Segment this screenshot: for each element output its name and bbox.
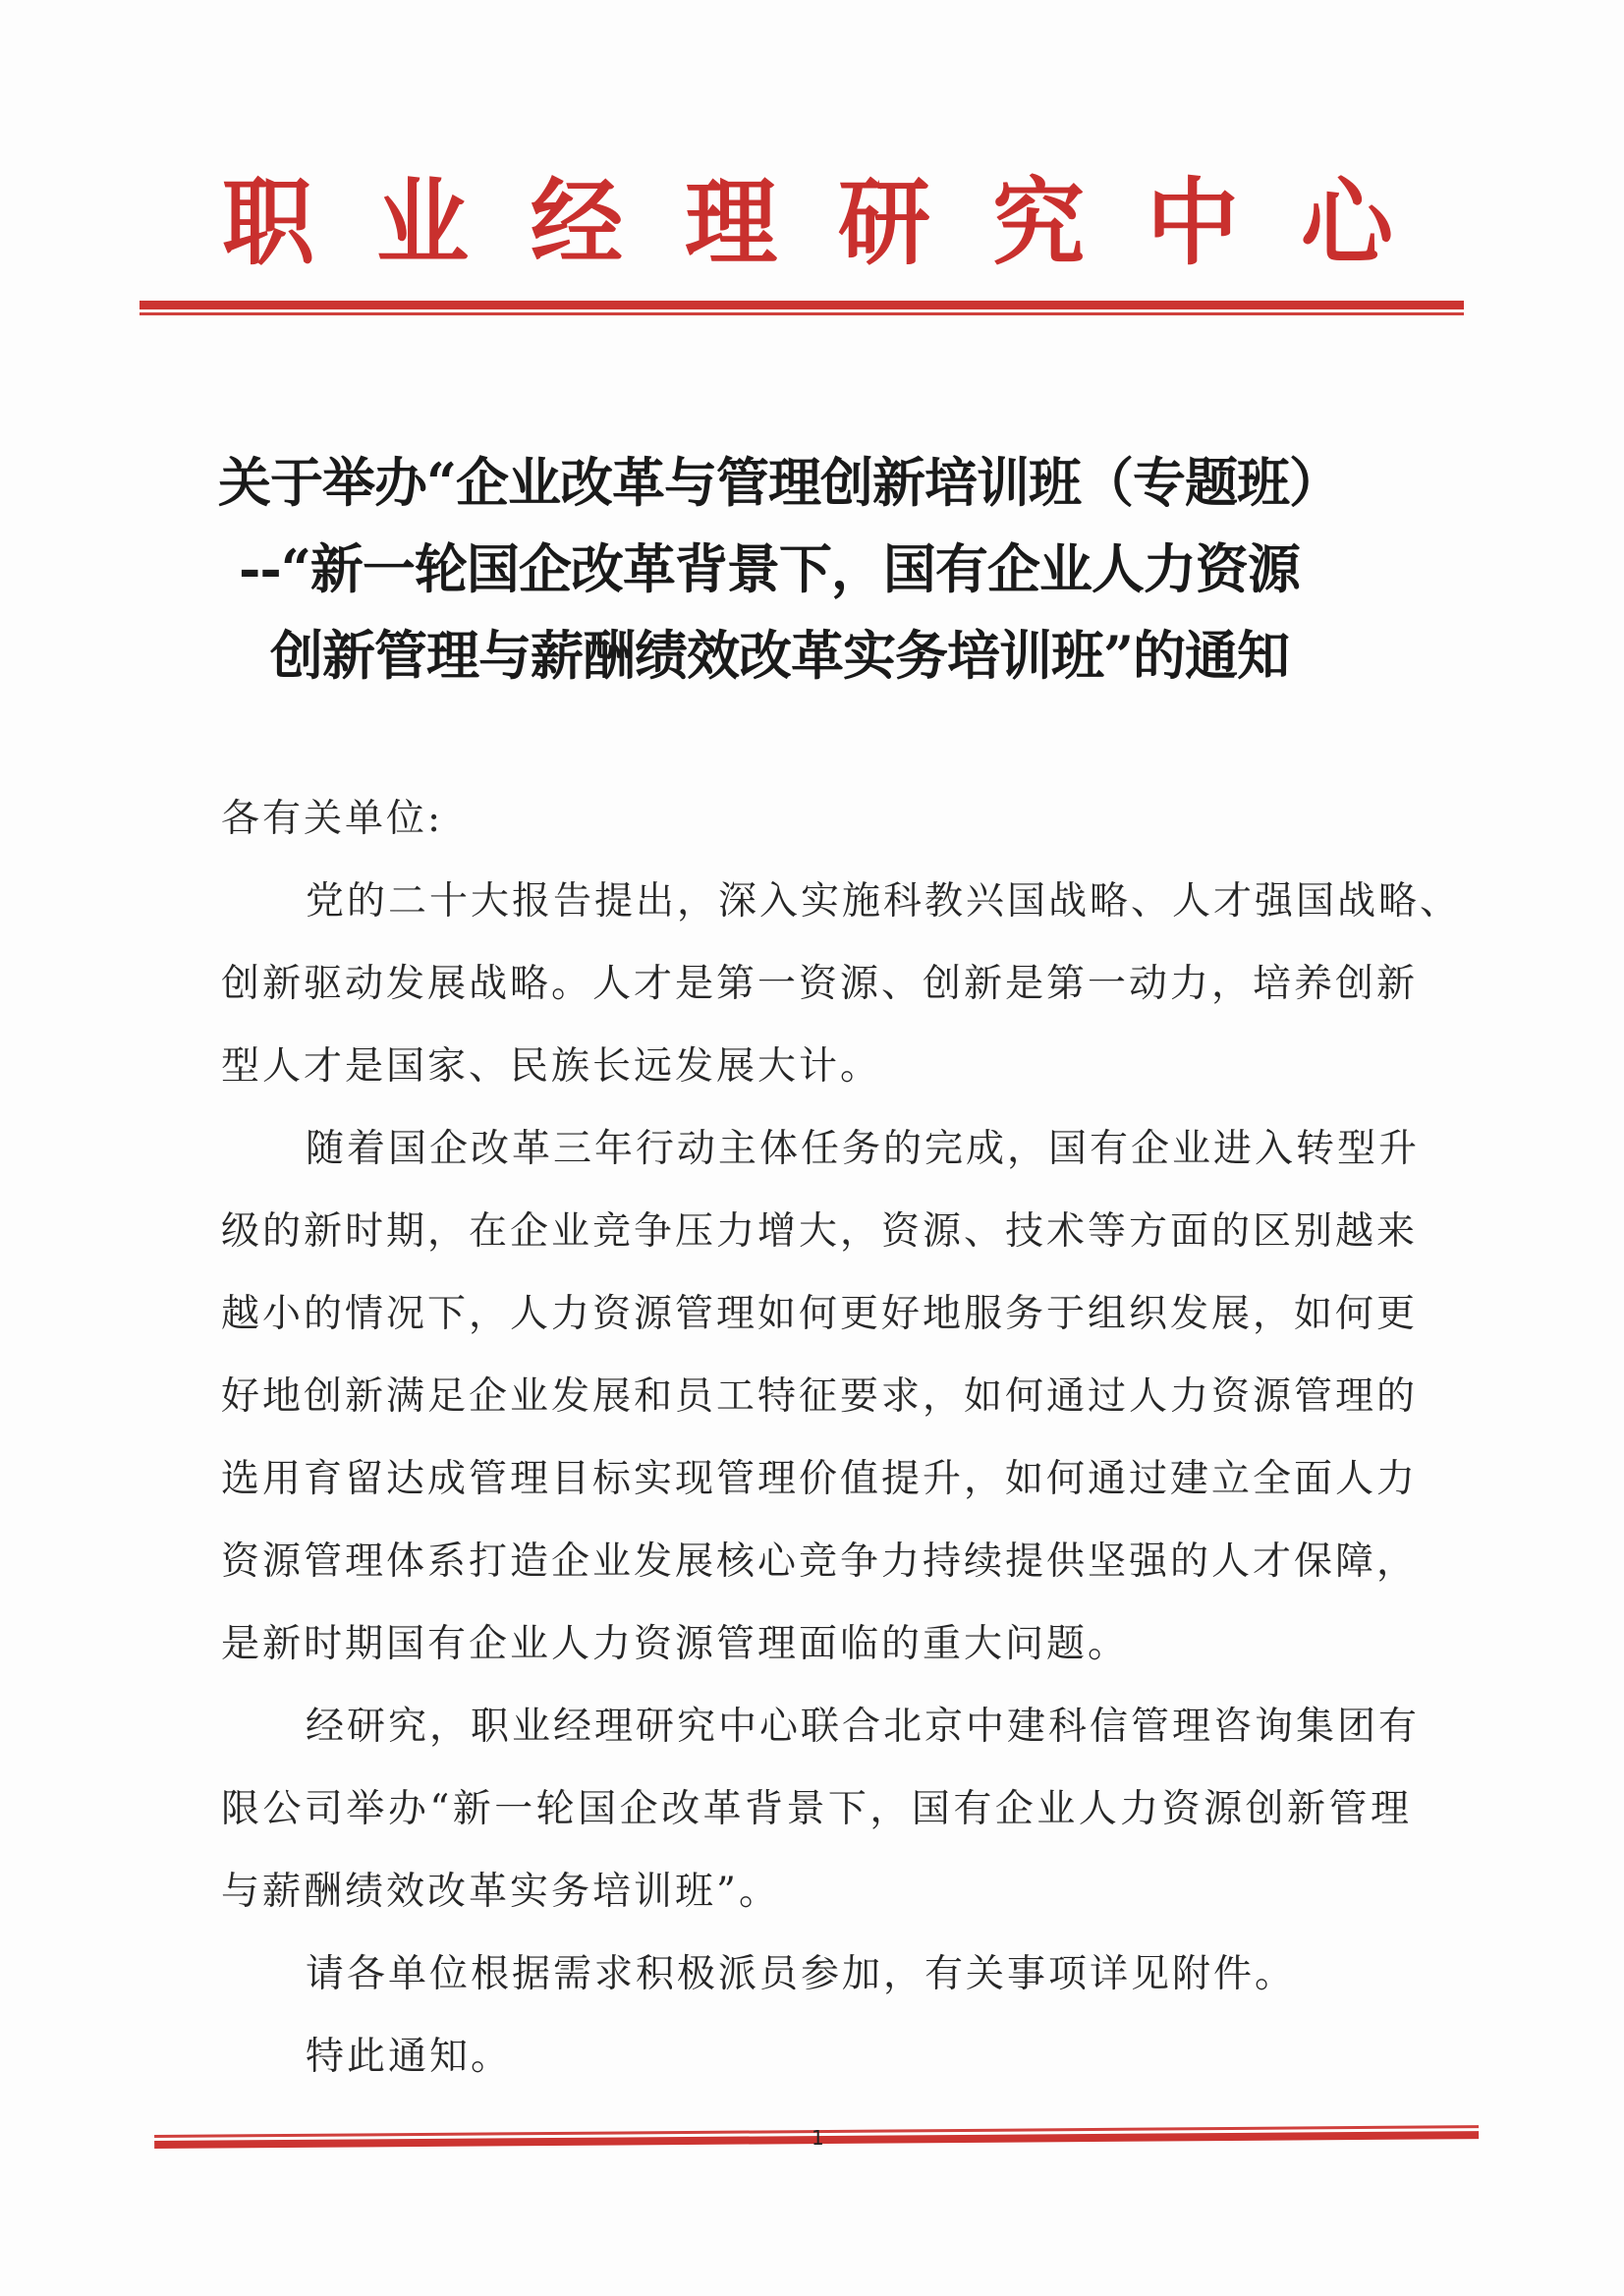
masthead-divider-thin [140,312,1464,315]
document-body: 各有关单位: 党的二十大报告提出，深入实施科教兴国战略、人才强国战略、 创新驱动… [221,796,1412,2116]
body-line: 选用育留达成管理目标实现管理价值提升，如何通过建立全面人力 [221,1456,1412,1539]
masthead-char: 中 [1144,169,1242,277]
masthead-char: 理 [682,169,780,277]
body-line: 型人才是国家、民族长远发展大计。 [221,1043,1412,1126]
closing-line: 特此通知。 [221,2034,1412,2116]
masthead-char: 经 [528,169,626,277]
document-title-line-1: 关于举办“企业改革与管理创新培训班（专题班） [218,450,1624,515]
body-line: 限公司举办“新一轮国企改革背景下，国有企业人力资源创新管理 [221,1786,1412,1869]
body-line: 创新驱动发展战略。人才是第一资源、创新是第一动力，培养创新 [221,961,1412,1043]
masthead-org-name: 职 业 经 理 研 究 中 心 [218,169,1397,277]
page-number: 1 [812,2126,824,2150]
body-line: 资源管理体系打造企业发展核心竞争力持续提供坚强的人才保障， [221,1539,1412,1621]
body-line: 级的新时期，在企业竞争压力增大，资源、技术等方面的区别越来 [221,1208,1412,1291]
body-line: 与薪酬绩效改革实务培训班”。 [221,1869,1412,1951]
body-line: 随着国企改革三年行动主体任务的完成，国有企业进入转型升 [221,1126,1412,1208]
body-line: 请各单位根据需求积极派员参加，有关事项详见附件。 [221,1951,1412,2034]
masthead-char: 究 [989,169,1088,277]
body-line: 好地创新满足企业发展和员工特征要求，如何通过人力资源管理的 [221,1373,1412,1456]
masthead-char: 心 [1298,169,1396,277]
masthead-char: 业 [373,169,472,277]
document-title-line-2: --“新一轮国企改革背景下，国有企业人力资源 [239,536,1624,601]
masthead-char: 职 [219,169,317,277]
masthead-divider-thick [140,301,1464,309]
body-line: 党的二十大报告提出，深入实施科教兴国战略、人才强国战略、 [221,878,1412,961]
body-line: 越小的情况下，人力资源管理如何更好地服务于组织发展，如何更 [221,1291,1412,1373]
document-page: 职 业 经 理 研 究 中 心 关于举办“企业改革与管理创新培训班（专题班） -… [0,0,1624,2296]
salutation: 各有关单位: [221,796,1412,878]
body-line: 是新时期国有企业人力资源管理面临的重大问题。 [221,1621,1412,1704]
document-title-line-3: 创新管理与薪酬绩效改革实务培训班”的通知 [270,623,1624,688]
body-line: 经研究，职业经理研究中心联合北京中建科信管理咨询集团有 [221,1704,1412,1786]
masthead-char: 研 [835,169,933,277]
